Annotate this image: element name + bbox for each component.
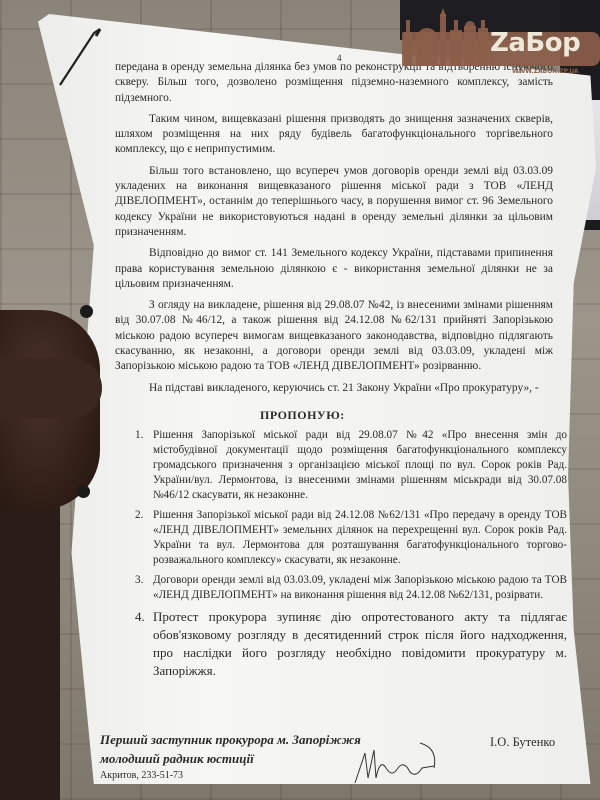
document-content: 4 передана в оренду земельна ділянка без… <box>0 0 600 800</box>
proposal-item: 3. Договори оренди землі від 03.03.09, у… <box>135 573 567 603</box>
contact-line: Акритов, 233-51-73 <box>100 770 361 781</box>
paragraph: Відповідно до вимог ст. 141 Земельного к… <box>115 246 553 292</box>
watermark-logo: ZаБор WWW.ZABOR.ZP.UA <box>402 8 600 66</box>
proposals-list: 1. Рішення Запорізької міської ради від … <box>135 428 567 685</box>
paragraph: Більш того встановлено, що всупереч умов… <box>115 164 553 240</box>
proposal-item: 4. Протест прокурора зупиняє дію опротес… <box>135 608 567 680</box>
signatory-name: І.О. Бутенко <box>490 735 555 750</box>
body-text: передана в оренду земельна ділянка без у… <box>115 60 553 402</box>
punch-hole <box>80 305 93 318</box>
proposal-item: 1. Рішення Запорізької міської ради від … <box>135 428 567 503</box>
proposal-item: 2. Рішення Запорізької міської ради від … <box>135 508 567 568</box>
pen-mark-icon <box>58 27 103 89</box>
paragraph: На підставі викладеного, керуючись ст. 2… <box>115 381 553 396</box>
logo-url: WWW.ZABOR.ZP.UA <box>512 68 579 75</box>
paragraph: З огляду на викладене, рішення від 29.08… <box>115 298 553 374</box>
signatory-rank: молодший радник юстиції <box>100 749 361 768</box>
proposals-heading: ПРОПОНУЮ: <box>260 408 345 423</box>
handwritten-signature-icon <box>350 738 440 788</box>
signatory-title: Перший заступник прокурора м. Запоріжжя <box>100 730 361 749</box>
paragraph: Таким чином, вищевказані рішення призвод… <box>115 112 553 158</box>
punch-hole <box>77 485 90 498</box>
signature-block: Перший заступник прокурора м. Запоріжжя … <box>100 730 361 781</box>
paragraph: передана в оренду земельна ділянка без у… <box>115 60 553 106</box>
logo-wordmark: ZаБор <box>490 28 580 58</box>
